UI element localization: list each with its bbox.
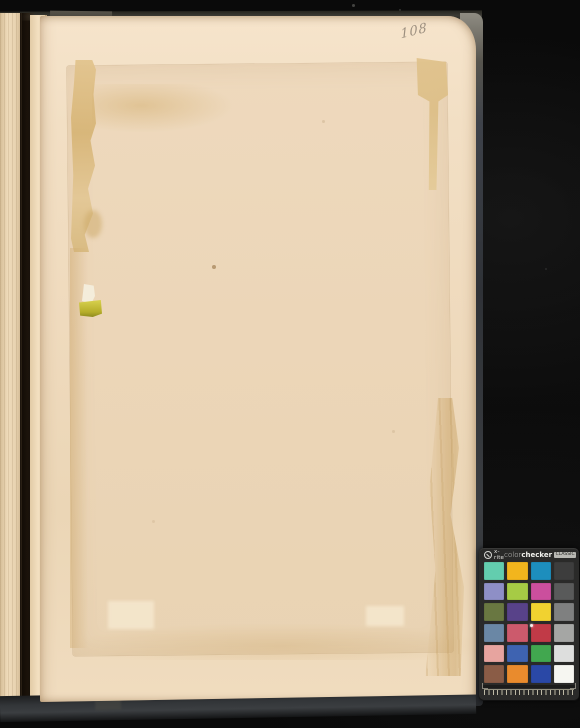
- colorchecker-header: x-rite colorchecker CLASSIC: [479, 548, 579, 562]
- colorchecker-patch-bluish-green: [484, 562, 504, 580]
- ruler-ticks: [484, 690, 574, 695]
- colorchecker-patch-white: [554, 665, 574, 683]
- colorchecker-ruler: [484, 689, 574, 697]
- stain-blotch: [84, 210, 102, 238]
- xrite-logo-icon: [484, 551, 492, 559]
- colorchecker-patch-light-skin: [484, 645, 504, 663]
- handwritten-page-number: 108: [400, 17, 444, 43]
- foxing-spot: [392, 430, 395, 433]
- colorchecker-card: x-rite colorchecker CLASSIC: [479, 548, 579, 701]
- colorchecker-patch-neutral-8: [554, 645, 574, 663]
- specular-reflection-dot: [530, 624, 533, 627]
- mounted-blank-sheet: [67, 62, 453, 656]
- foxing-spot: [322, 120, 325, 123]
- colorchecker-patch-neutral-3-5: [554, 583, 574, 601]
- foxing-spot: [152, 520, 155, 523]
- colorchecker-patch-blue: [531, 665, 551, 683]
- xrite-brand: x-rite: [484, 549, 504, 561]
- album-page: 108: [40, 16, 476, 702]
- colorchecker-grid: [484, 562, 574, 683]
- product-name-light: color: [504, 551, 521, 559]
- colorchecker-patch-blue-flower: [484, 583, 504, 601]
- colorchecker-patch-neutral-5: [554, 603, 574, 621]
- foxing-spot: [212, 265, 216, 269]
- colorchecker-patch-blue-sky: [484, 624, 504, 642]
- adhesive-stain-bottom-band: [82, 624, 478, 660]
- colorchecker-patch-yellow: [531, 603, 551, 621]
- colorchecker-patch-green: [531, 645, 551, 663]
- digitized-album-photo: 108 x-rite colorchecker CLASSIC: [0, 0, 580, 728]
- xrite-brand-label: x-rite: [494, 549, 504, 561]
- colorchecker-patch-purple: [507, 603, 527, 621]
- colorchecker-product-name: colorchecker: [504, 551, 552, 559]
- abrasion-light-patch: [366, 606, 404, 626]
- colorchecker-patch-cyan: [531, 562, 551, 580]
- colorchecker-patch-yellow-green: [507, 583, 527, 601]
- colorchecker-patch-orange: [507, 665, 527, 683]
- dust-speck: [352, 4, 355, 7]
- colorchecker-patch-dark-skin: [484, 665, 504, 683]
- colorchecker-patch-purplish-blue: [507, 645, 527, 663]
- colorchecker-patch-neutral-6-5: [554, 624, 574, 642]
- left-page-stack-edges: [0, 13, 22, 701]
- abrasion-light-patch: [108, 601, 154, 629]
- colorchecker-patch-foliage: [484, 603, 504, 621]
- colorchecker-patch-black: [554, 562, 574, 580]
- colorchecker-patch-red: [531, 624, 551, 642]
- residue-fragment-yellow: [79, 300, 102, 317]
- colorchecker-groove: [483, 685, 575, 688]
- colorchecker-patch-magenta: [531, 583, 551, 601]
- colorchecker-product: colorchecker CLASSIC: [504, 551, 576, 559]
- classic-variant-badge: CLASSIC: [554, 552, 576, 558]
- colorchecker-patch-orange-yellow: [507, 562, 527, 580]
- adhesive-stain-top-band: [92, 84, 232, 132]
- colorchecker-patch-moderate-red: [507, 624, 527, 642]
- dust-speck: [545, 268, 547, 270]
- product-name-bold: checker: [521, 551, 552, 559]
